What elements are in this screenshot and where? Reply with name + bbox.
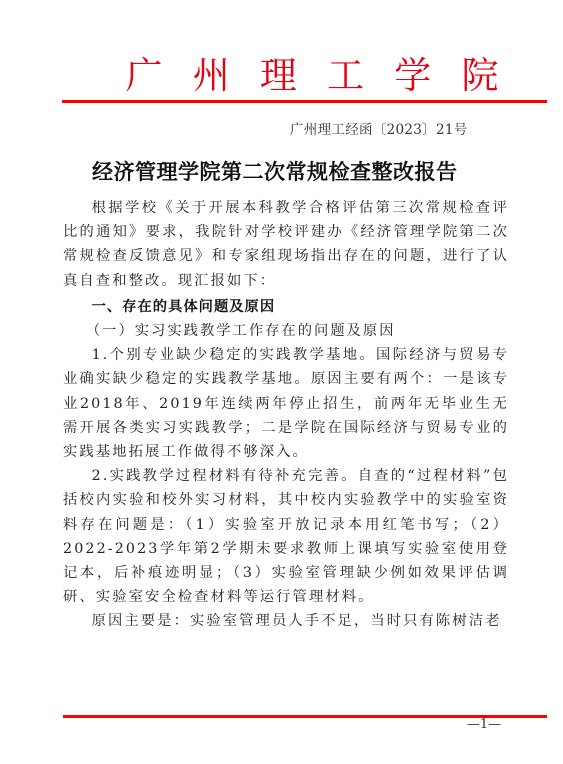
masthead-institution-name: 广 州 理 工 学 院	[122, 54, 502, 98]
masthead-char: 学	[391, 54, 435, 98]
body-paragraph: 1.个别专业缺少稳定的实践教学基地。国际经济与贸易专业确实缺少稳定的实践教学基地…	[63, 343, 509, 464]
masthead-char: 理	[256, 54, 300, 98]
masthead-char: 院	[458, 54, 502, 98]
intro-paragraph: 根据学校《关于开展本科教学合格评估第三次常规检查评比的通知》要求，我院针对学校评…	[63, 196, 509, 293]
subsection-heading: （一）实习实践教学工作存在的问题及原因	[63, 319, 509, 343]
body-paragraph: 2.实践教学过程材料有待补充完善。自查的“过程材料”包括校内实验和校外实习材料，…	[63, 464, 509, 609]
body-paragraph: 原因主要是：实验室管理员人手不足，当时只有陈树洁老	[63, 609, 509, 633]
section-heading: 一、存在的具体问题及原因	[63, 295, 509, 319]
masthead-char: 工	[324, 54, 368, 98]
masthead-char: 广	[122, 54, 166, 98]
document-title: 经济管理学院第二次常规检查整改报告	[92, 158, 512, 186]
page-number: —1—	[462, 716, 506, 734]
document-number: 广州理工经函〔2023〕21号	[290, 121, 490, 139]
masthead-char: 州	[189, 54, 233, 98]
document-body: 根据学校《关于开展本科教学合格评估第三次常规检查评比的通知》要求，我院针对学校评…	[63, 196, 509, 634]
masthead-red-rule	[62, 100, 547, 103]
